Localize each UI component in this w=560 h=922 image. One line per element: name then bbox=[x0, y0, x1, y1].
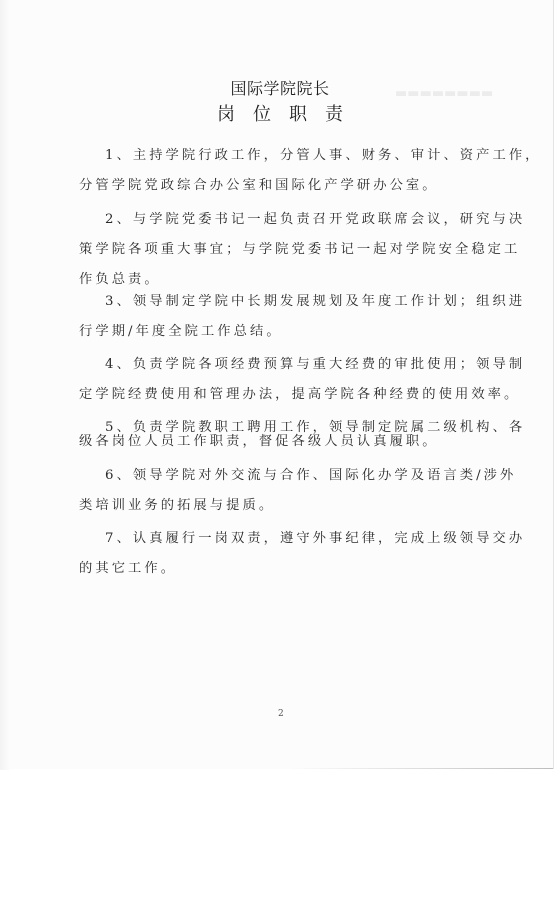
paragraph-4-line-2: 定学院经费使用和管理办法，提高学院各种经费的使用效率。 bbox=[79, 383, 520, 402]
paragraph-3-line-1: 3、领导制定学院中长期发展规划及年度工作计划；组织进 bbox=[105, 290, 525, 309]
paragraph-6-line-2: 类培训业务的拓展与提质。 bbox=[79, 494, 275, 513]
page-number: 2 bbox=[278, 709, 284, 719]
paragraph-2-line-3: 作负总责。 bbox=[79, 268, 161, 287]
paragraph-2-line-2: 策学院各项重大事宜；与学院党委书记一起对学院安全稳定工 bbox=[79, 238, 520, 257]
paragraph-3-line-2: 行学期/年度全院工作总结。 bbox=[79, 320, 283, 339]
document-title: 国际学院院长 bbox=[0, 76, 560, 99]
paragraph-7-line-1: 7、认真履行一岗双责，遵守外事纪律，完成上级领导交办 bbox=[105, 527, 525, 546]
paragraph-4-line-1: 4、负责学院各项经费预算与重大经费的审批使用；领导制 bbox=[105, 353, 525, 372]
paragraph-6-line-1: 6、领导学院对外交流与合作、国际化办学及语言类/涉外 bbox=[105, 464, 516, 483]
document-subtitle: 岗位职责 bbox=[0, 100, 560, 126]
paragraph-2-line-1: 2、与学院党委书记一起负责召开党政联席会议，研究与决 bbox=[105, 208, 525, 227]
paragraph-5-line-2: 级各岗位人员工作职责，督促各级人员认真履职。 bbox=[79, 430, 439, 449]
paragraph-7-line-2: 的其它工作。 bbox=[79, 557, 177, 576]
paragraph-1-line-1: 1、主持学院行政工作，分管人事、财务、审计、资产工作， bbox=[105, 144, 542, 163]
paragraph-1-line-2: 分管学院党政综合办公室和国际化产学研办公室。 bbox=[79, 174, 439, 193]
